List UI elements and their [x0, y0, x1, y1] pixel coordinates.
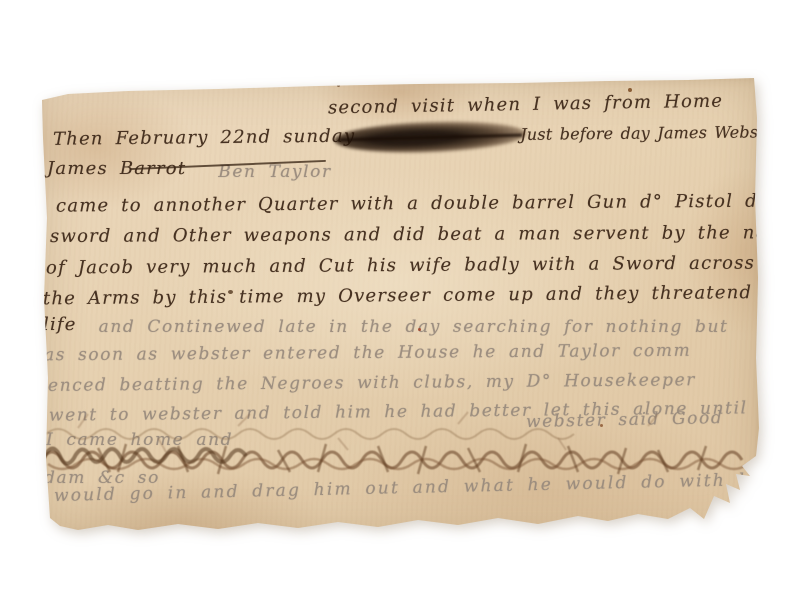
- photograph-of-manuscript: second visit when I was from Home Then F…: [0, 0, 800, 600]
- ink-body-line-2: sword and Other weapons and did beat a m…: [50, 224, 798, 247]
- ink-body-line-4: the Arms by this time my Overseer come u…: [43, 284, 794, 309]
- heading-line: second visit when I was from Home: [328, 93, 723, 119]
- stain-dot: [468, 238, 471, 241]
- date-text-left: Then February 22nd sunday: [53, 126, 355, 150]
- pencil-body-line-1: and Continewed late in the day searching…: [99, 317, 729, 337]
- stain-dot: [628, 88, 632, 92]
- ink-bleed-through: [38, 408, 760, 508]
- ink-word-life: life: [43, 314, 77, 335]
- ink-body-line-3: of Jacob very much and Cut his wife badl…: [46, 255, 755, 279]
- stain-dot: [337, 84, 340, 87]
- paper-wrapper: second visit when I was from Home Then F…: [38, 78, 760, 536]
- pencil-body-line-3: enced beatting the Negroes with clubs, m…: [48, 372, 696, 395]
- manuscript-paper: second visit when I was from Home Then F…: [38, 78, 760, 536]
- stain-dot: [600, 424, 603, 427]
- stain-dot: [228, 290, 233, 294]
- mixed-line: life and Continewed late in the day sear…: [43, 314, 728, 335]
- stain-dot: [418, 328, 421, 331]
- ink-body-line-1: came to annother Quarter with a double b…: [56, 192, 797, 216]
- date-text-right: Just before day James Webster: [520, 122, 782, 144]
- pencil-body-line-2: as soon as webster entered the House he …: [44, 343, 691, 365]
